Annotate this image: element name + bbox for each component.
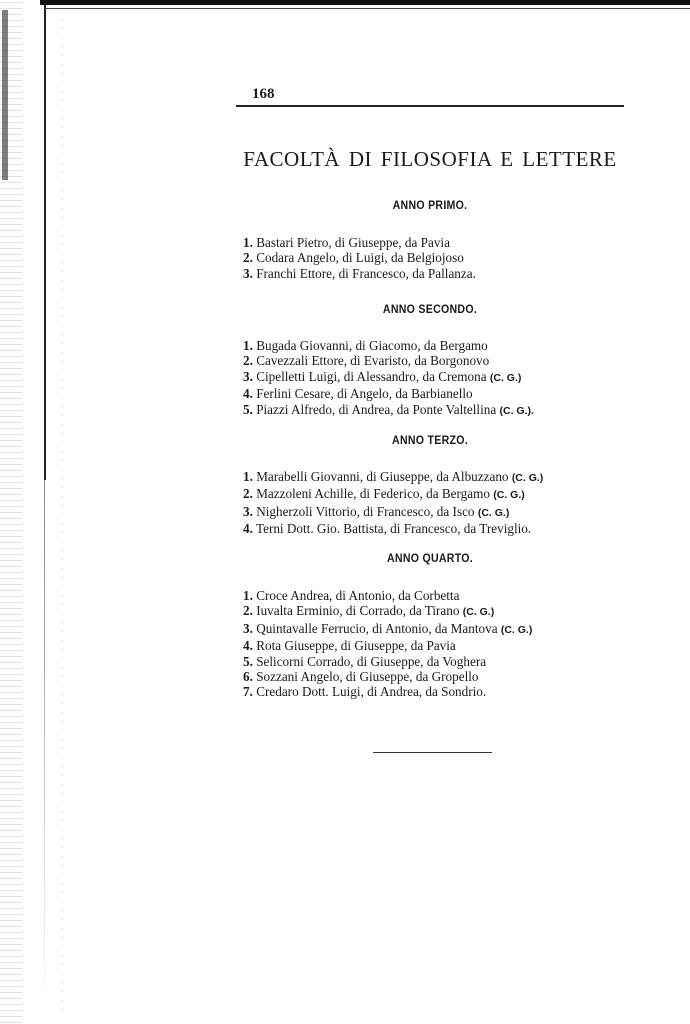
entry-number: 2. [243, 486, 253, 501]
list-item: 3. Franchi Ettore, di Francesco, da Pall… [243, 266, 476, 281]
entry-text: Codara Angelo, di Luigi, da Belgiojoso [256, 250, 464, 265]
entry-number: 4. [243, 638, 253, 653]
entry-text: Ferlini Cesare, di Angelo, da Barbianell… [256, 386, 472, 401]
list-item: 1. Marabelli Giovanni, di Giuseppe, da A… [243, 469, 543, 486]
list-item: 7. Credaro Dott. Luigi, di Andrea, da So… [243, 684, 532, 699]
section-heading-anno-terzo: ANNO TERZO. [252, 435, 609, 447]
entry-list-anno-quarto: 1. Croce Andrea, di Antonio, da Corbetta… [243, 588, 532, 700]
entry-number: 3. [243, 504, 253, 519]
entry-text: Cavezzali Ettore, di Evaristo, da Borgon… [256, 353, 489, 368]
binding-shadow [2, 10, 8, 180]
page-number: 168 [252, 86, 275, 103]
footer-rule [373, 752, 492, 753]
entry-number: 2. [243, 250, 253, 265]
entry-number: 4. [243, 386, 253, 401]
entry-number: 1. [243, 235, 253, 250]
entry-note: (C. G.). [499, 405, 533, 417]
entry-text: Iuvalta Erminio, di Corrado, da Tirano [256, 603, 459, 618]
entry-text: Mazzoleni Achille, di Federico, da Berga… [256, 486, 490, 501]
entry-text: Croce Andrea, di Antonio, da Corbetta [256, 588, 459, 603]
entry-number: 7. [243, 684, 253, 699]
entry-text: Credaro Dott. Luigi, di Andrea, da Sondr… [256, 684, 486, 699]
entry-text: Rota Giuseppe, di Giuseppe, da Pavia [256, 638, 456, 653]
entry-text: Bugada Giovanni, di Giacomo, da Bergamo [256, 338, 488, 353]
section-heading-anno-secondo: ANNO SECONDO. [252, 304, 609, 316]
entry-note: (C. G.) [493, 489, 525, 501]
entry-number: 3. [243, 621, 253, 636]
list-item: 5. Piazzi Alfredo, di Andrea, da Ponte V… [243, 402, 534, 419]
list-item: 5. Selicorni Corrado, di Giuseppe, da Vo… [243, 654, 532, 669]
list-item: 3. Quintavalle Ferrucio, di Antonio, da … [243, 621, 532, 638]
entry-note: (C. G.) [463, 606, 495, 618]
gutter-line-fade [44, 480, 45, 1024]
entry-text: Nigherzoli Vittorio, di Francesco, da Is… [256, 504, 474, 519]
entry-text: Franchi Ettore, di Francesco, da Pallanz… [256, 266, 476, 281]
entry-list-anno-terzo: 1. Marabelli Giovanni, di Giuseppe, da A… [243, 469, 543, 537]
list-item: 2. Mazzoleni Achille, di Federico, da Be… [243, 486, 543, 503]
gutter-dots [61, 10, 62, 1010]
entry-note: (C. G.) [501, 624, 533, 636]
entry-note: (C. G.) [478, 507, 510, 519]
top-edge-line [45, 8, 690, 9]
list-item: 4. Terni Dott. Gio. Battista, di Frances… [243, 521, 543, 536]
entry-number: 5. [243, 402, 253, 417]
list-item: 1. Bastari Pietro, di Giuseppe, da Pavia [243, 235, 476, 250]
entry-text: Sozzani Angelo, di Giuseppe, da Gropello [256, 669, 478, 684]
entry-number: 2. [243, 353, 253, 368]
section-heading-anno-primo: ANNO PRIMO. [252, 200, 609, 212]
gutter-line [44, 0, 46, 480]
entry-text: Cipelletti Luigi, di Alessandro, da Crem… [256, 369, 486, 384]
entry-number: 2. [243, 603, 253, 618]
entry-list-anno-secondo: 1. Bugada Giovanni, di Giacomo, da Berga… [243, 338, 534, 419]
entry-list-anno-primo: 1. Bastari Pietro, di Giuseppe, da Pavia… [243, 235, 476, 281]
list-item: 2. Cavezzali Ettore, di Evaristo, da Bor… [243, 353, 534, 368]
entry-note: (C. G.) [512, 472, 544, 484]
entry-number: 5. [243, 654, 253, 669]
list-item: 3. Nigherzoli Vittorio, di Francesco, da… [243, 504, 543, 521]
entry-number: 1. [243, 588, 253, 603]
entry-number: 4. [243, 521, 253, 536]
page-title: FACOLTÀ DI FILOSOFIA E LETTERE [236, 147, 624, 172]
entry-text: Quintavalle Ferrucio, di Antonio, da Man… [256, 621, 497, 636]
entry-text: Bastari Pietro, di Giuseppe, da Pavia [256, 235, 450, 250]
entry-number: 6. [243, 669, 253, 684]
entry-number: 3. [243, 266, 253, 281]
entry-text: Terni Dott. Gio. Battista, di Francesco,… [256, 521, 531, 536]
entry-number: 1. [243, 469, 253, 484]
top-edge-bar [40, 0, 690, 5]
list-item: 6. Sozzani Angelo, di Giuseppe, da Grope… [243, 669, 532, 684]
list-item: 2. Iuvalta Erminio, di Corrado, da Tiran… [243, 603, 532, 620]
header-rule [236, 105, 624, 107]
section-heading-anno-quarto: ANNO QUARTO. [252, 553, 609, 565]
list-item: 3. Cipelletti Luigi, di Alessandro, da C… [243, 369, 534, 386]
entry-text: Marabelli Giovanni, di Giuseppe, da Albu… [256, 469, 508, 484]
entry-number: 1. [243, 338, 253, 353]
entry-text: Piazzi Alfredo, di Andrea, da Ponte Valt… [256, 402, 496, 417]
list-item: 2. Codara Angelo, di Luigi, da Belgiojos… [243, 250, 476, 265]
list-item: 4. Rota Giuseppe, di Giuseppe, da Pavia [243, 638, 532, 653]
entry-note: (C. G.) [490, 372, 522, 384]
list-item: 4. Ferlini Cesare, di Angelo, da Barbian… [243, 386, 534, 401]
entry-text: Selicorni Corrado, di Giuseppe, da Voghe… [256, 654, 486, 669]
entry-number: 3. [243, 369, 253, 384]
list-item: 1. Bugada Giovanni, di Giacomo, da Berga… [243, 338, 534, 353]
list-item: 1. Croce Andrea, di Antonio, da Corbetta [243, 588, 532, 603]
